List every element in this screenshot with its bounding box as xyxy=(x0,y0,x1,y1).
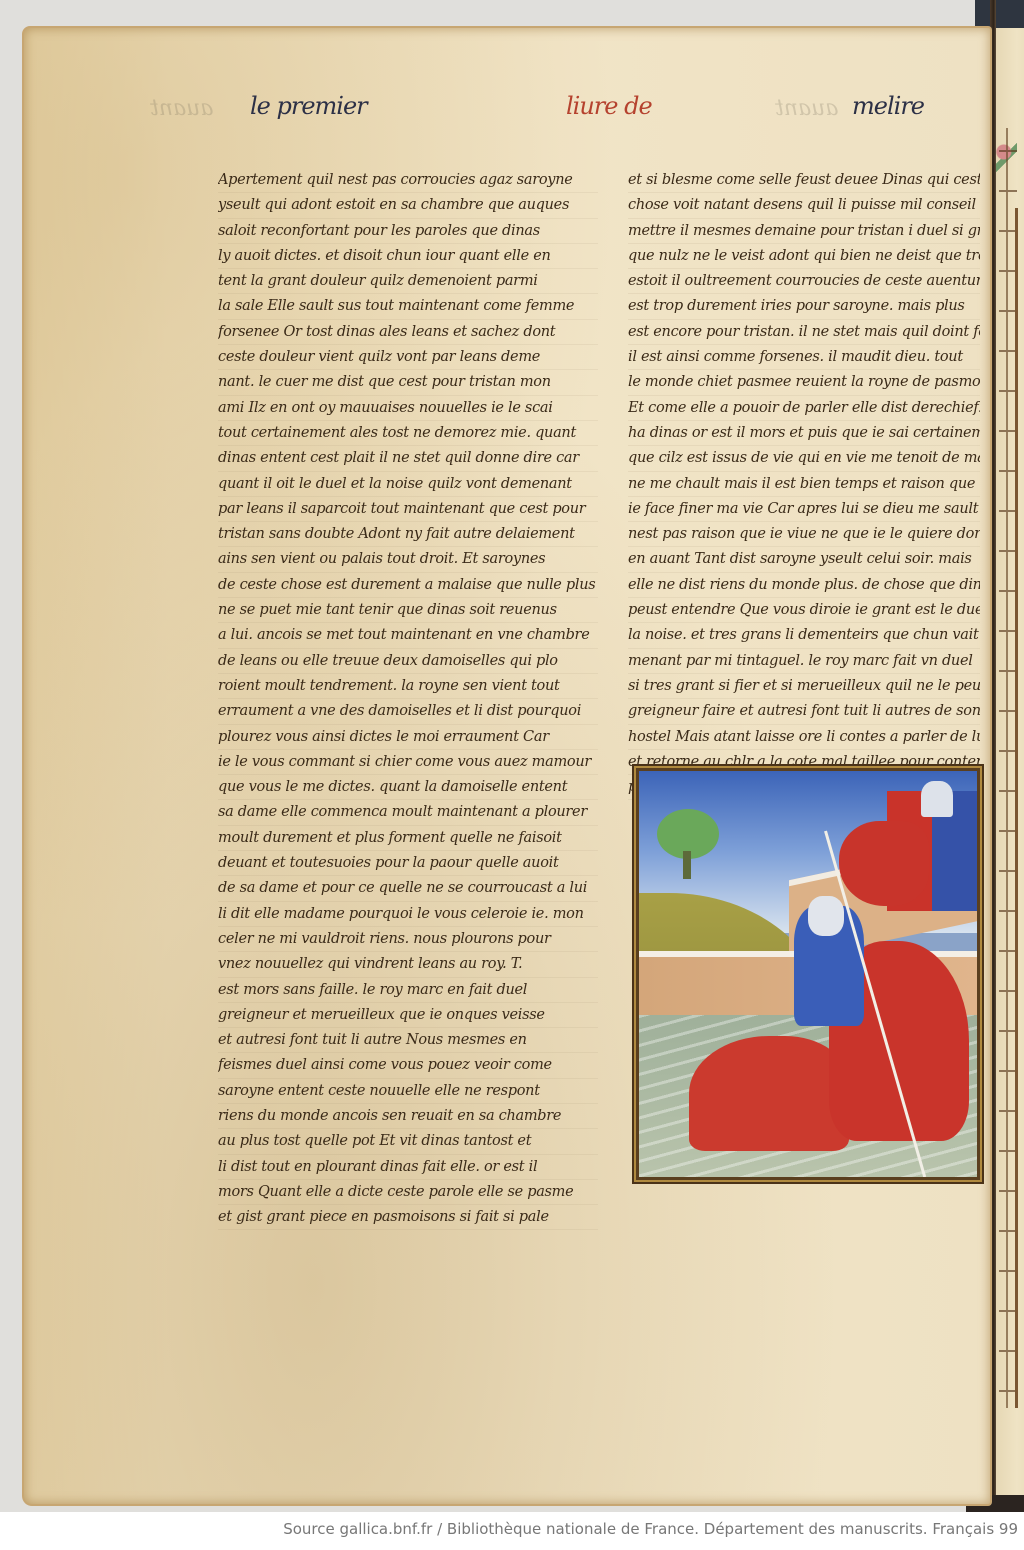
manuscript-line: Et come elle a pouoir de parler elle dis… xyxy=(628,396,980,421)
manuscript-line: nest pas raison que ie viue ne que ie le… xyxy=(628,522,980,547)
manuscript-line: ne se puet mie tant tenir que dinas soit… xyxy=(218,598,598,623)
manuscript-line: ains sen vient ou palais tout droit. Et … xyxy=(218,547,598,572)
manuscript-line: plourez vous ainsi dictes le moi erraume… xyxy=(218,725,598,750)
running-head-left: le premier xyxy=(250,92,367,128)
manuscript-line: en auant Tant dist saroyne yseult celui … xyxy=(628,547,980,572)
manuscript-line: la sale Elle sault sus tout maintenant c… xyxy=(218,294,598,319)
manuscript-line: mettre il mesmes demaine pour tristan i … xyxy=(628,219,980,244)
manuscript-line: saroyne entent ceste nouuelle elle ne re… xyxy=(218,1079,598,1104)
manuscript-line: roient moult tendrement. la royne sen vi… xyxy=(218,674,598,699)
manuscript-line: yseult qui adont estoit en sa chambre qu… xyxy=(218,193,598,218)
manuscript-line: a lui. ancois se met tout maintenant en … xyxy=(218,623,598,648)
horse-foreground-rump xyxy=(689,1036,849,1151)
manuscript-line: si tres grant si fier et si merueilleux … xyxy=(628,674,980,699)
text-column-right: et si blesme come selle feust deuee Dina… xyxy=(628,168,980,800)
facing-page-frame xyxy=(1015,208,1024,1408)
running-head-right: melire xyxy=(852,92,924,128)
manuscript-line: chose voit natant desens quil li puisse … xyxy=(628,193,980,218)
show-through-text: auant xyxy=(775,96,838,121)
source-credit: Source gallica.bnf.fr / Bibliothèque nat… xyxy=(283,1520,1018,1538)
manuscript-line: ne me chault mais il est bien temps et r… xyxy=(628,472,980,497)
manuscript-line: greigneur et merueilleux que ie onques v… xyxy=(218,1003,598,1028)
manuscript-line: est trop durement iries pour saroyne. ma… xyxy=(628,294,980,319)
miniature-illumination xyxy=(636,768,980,1180)
manuscript-line: moult durement et plus forment quelle ne… xyxy=(218,826,598,851)
manuscript-line: dinas entent cest plait il ne stet quil … xyxy=(218,446,598,471)
manuscript-line: estoit il oultreement courroucies de ces… xyxy=(628,269,980,294)
manuscript-line: elle ne dist riens du monde plus. de cho… xyxy=(628,573,980,598)
running-head-center: liure de xyxy=(566,92,652,128)
manuscript-line: quant il oit le duel et la noise quilz v… xyxy=(218,472,598,497)
manuscript-line: peust entendre Que vous diroie ie grant … xyxy=(628,598,980,623)
manuscript-line: ha dinas or est il mors et puis que ie s… xyxy=(628,421,980,446)
manuscript-line: de ceste chose est durement a malaise qu… xyxy=(218,573,598,598)
manuscript-line: le monde chiet pasmee reuient la royne d… xyxy=(628,370,980,395)
manuscript-line: mors Quant elle a dicte ceste parole ell… xyxy=(218,1180,598,1205)
manuscript-line: que nulz ne le veist adont qui bien ne d… xyxy=(628,244,980,269)
horse-background-figure xyxy=(839,821,929,906)
manuscript-line: hostel Mais atant laisse ore li contes a… xyxy=(628,725,980,750)
manuscript-line: saloit reconfortant pour les paroles que… xyxy=(218,219,598,244)
manuscript-line: feismes duel ainsi come vous pouez veoir… xyxy=(218,1053,598,1078)
manuscript-line: que cilz est issus de vie qui en vie me … xyxy=(628,446,980,471)
manuscript-line: celer ne mi vauldroit riens. nous plouro… xyxy=(218,927,598,952)
manuscript-line: tent la grant douleur quilz demenoient p… xyxy=(218,269,598,294)
helmet-icon xyxy=(808,896,844,936)
manuscript-line: et autresi font tuit li autre Nous mesme… xyxy=(218,1028,598,1053)
manuscript-line: vnez nouuellez qui vindrent leans au roy… xyxy=(218,952,598,977)
manuscript-line: il est ainsi comme forsenes. il maudit d… xyxy=(628,345,980,370)
manuscript-line: tout certainement ales tost ne demorez m… xyxy=(218,421,598,446)
manuscript-line: de sa dame et pour ce quelle ne se courr… xyxy=(218,876,598,901)
manuscript-line: menant par mi tintaguel. le roy marc fai… xyxy=(628,649,980,674)
manuscript-line: ie face finer ma vie Car apres lui se di… xyxy=(628,497,980,522)
manuscript-line: riens du monde ancois sen reuait en sa c… xyxy=(218,1104,598,1129)
manuscript-line: sa dame elle commenca moult maintenant a… xyxy=(218,800,598,825)
text-column-left: Apertement quil nest pas corroucies agaz… xyxy=(218,168,598,1230)
manuscript-line: par leans il saparcoit tout maintenant q… xyxy=(218,497,598,522)
manuscript-line: li dist tout en plourant dinas fait elle… xyxy=(218,1155,598,1180)
helmet-icon xyxy=(921,781,953,817)
manuscript-line: et gist grant piece en pasmoisons si fai… xyxy=(218,1205,598,1230)
manuscript-line: erraument a vne des damoiselles et li di… xyxy=(218,699,598,724)
manuscript-line: que vous le me dictes. quant la damoisel… xyxy=(218,775,598,800)
manuscript-line: et si blesme come selle feust deuee Dina… xyxy=(628,168,980,193)
manuscript-line: ly auoit dictes. et disoit chun iour qua… xyxy=(218,244,598,269)
manuscript-line: ie le vous commant si chier come vous au… xyxy=(218,750,598,775)
manuscript-line: Apertement quil nest pas corroucies agaz… xyxy=(218,168,598,193)
footer-bar: Source gallica.bnf.fr / Bibliothèque nat… xyxy=(0,1512,1024,1550)
manuscript-line: de leans ou elle treuue deux damoiselles… xyxy=(218,649,598,674)
manuscript-line: greigneur faire et autresi font tuit li … xyxy=(628,699,980,724)
manuscript-line: li dit elle madame pourquoi le vous cele… xyxy=(218,902,598,927)
manuscript-line: ceste douleur vient quilz vont par leans… xyxy=(218,345,598,370)
show-through-text: auant xyxy=(150,96,213,121)
manuscript-line: ami Ilz en ont oy mauuaises nouuelles ie… xyxy=(218,396,598,421)
manuscript-line: la noise. et tres grans li dementeirs qu… xyxy=(628,623,980,648)
manuscript-line: est encore pour tristan. il ne stet mais… xyxy=(628,320,980,345)
manuscript-line: tristan sans doubte Adont ny fait autre … xyxy=(218,522,598,547)
facing-page-edge xyxy=(993,28,1024,1498)
manuscript-line: au plus tost quelle pot Et vit dinas tan… xyxy=(218,1129,598,1154)
manuscript-line: est mors sans faille. le roy marc en fai… xyxy=(218,978,598,1003)
manuscript-line: nant. le cuer me dist que cest pour tris… xyxy=(218,370,598,395)
manuscript-line: deuant et toutesuoies pour la paour quel… xyxy=(218,851,598,876)
tree-trunk xyxy=(683,851,691,879)
manuscript-line: forsenee Or tost dinas ales leans et sac… xyxy=(218,320,598,345)
